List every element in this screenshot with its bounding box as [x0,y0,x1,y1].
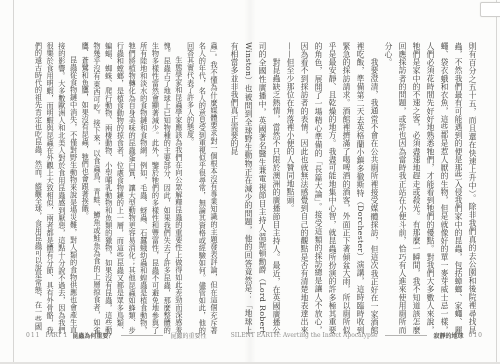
paragraph: 我要澄清，我通常不會在公共廁所裡接受媒體採訪，但這次我正好在一家酒館裡吃飯，準備… [283,42,381,334]
paragraph: 昆蟲從食物鏈中消失，不僅對野生動物來說是場災難，對人類的食物供應也會產生直接的影… [33,42,80,334]
page-edge-right [496,0,497,364]
page-left-text: 蟲」。我不懂為什麼媒體要求對一個根本沒有專業知識的主題發表評論，但在這個充斥著名… [40,42,220,334]
paragraph: 生態學家和昆蟲學家應該為我們在向公眾解釋昆蟲的重要性上做得如此差勁而深感羞愧。昆… [80,42,185,334]
page-edge-left [13,0,14,364]
book-title-en: SILENT EARTH: Averting the Insect Apocal… [231,332,378,339]
part-title: 昆蟲為何重要？ [72,331,114,340]
paragraph: 蟲」。我不懂為什麼媒體要求對一個根本沒有專業知識的主題發表評論，但在這個充斥著名… [185,42,220,334]
chapter-title: 昆蟲的重要性 [170,331,206,340]
page-number-right: 010 [469,332,483,339]
book-spread: 則有百分之五十五，而且還在快速上升中）。除非我們真的去公園和後院裡尋找昆蟲，不然… [0,0,500,364]
book-title-zh: 寂靜的地球 [434,331,464,340]
page-number-left: 011 [26,332,40,339]
footer-rule [385,335,427,336]
part-label: PART 1 [45,332,67,339]
page-right-text: 則有百分之五十五，而且還在快速上升中）。除非我們真的去公園和後院裡尋找昆蟲，不然… [251,42,479,334]
footer-left: 011 PART 1 昆蟲為何重要？ 昆蟲的重要性 [26,330,206,340]
paragraph: 則有百分之五十五，而且還在快速上升中）。除非我們真的去公園和後院裡尋找昆蟲，不然… [381,42,479,334]
footer-rule [121,335,163,336]
corner-tab-artifact [480,2,500,17]
paragraph: 對昆蟲缺乏熱情，當然不只限於澳洲的廣播節目主持人。最近，在英國廣播公司的全國性廣… [227,42,283,334]
footer-right: SILENT EARTH: Averting the Insect Apocal… [231,330,483,340]
